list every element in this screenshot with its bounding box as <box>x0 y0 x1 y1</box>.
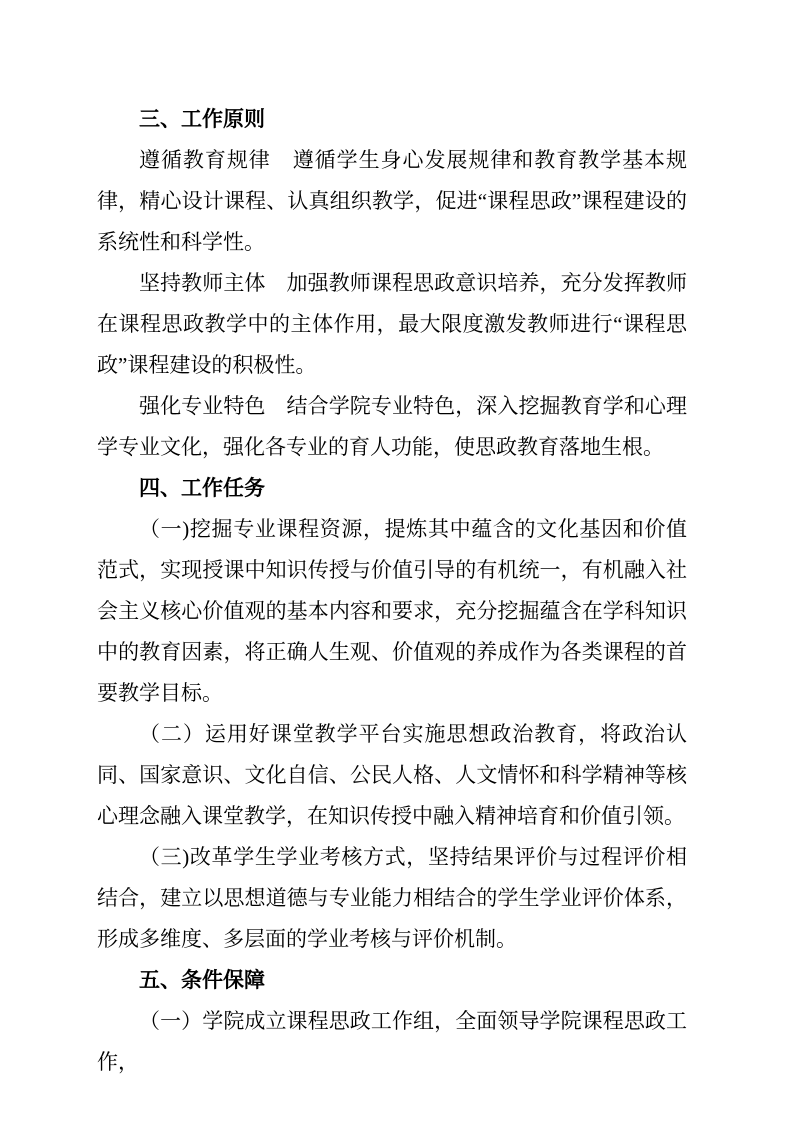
paragraph-strengthen-specialty-features: 强化专业特色 结合学院专业特色，深入挖掘教育学和心理学专业文化，强化各专业的育人… <box>97 386 687 468</box>
paragraph-follow-education-rules: 遵循教育规律 遵循学生身心发展规律和教育教学基本规律，精心设计课程、认真组织教学… <box>97 140 687 263</box>
paragraph-task-1-course-resources: （一)挖掘专业课程资源，提炼其中蕴含的文化基因和价值范式，实现授课中知识传授与价… <box>97 509 687 714</box>
document-page: 三、工作原则 遵循教育规律 遵循学生身心发展规律和教育教学基本规律，精心设计课程… <box>0 0 793 1122</box>
paragraph-teacher-main-role: 坚持教师主体 加强教师课程思政意识培养，充分发挥教师在课程思政教学中的主体作用，… <box>97 263 687 386</box>
heading-work-tasks: 四、工作任务 <box>97 468 687 509</box>
heading-work-principles: 三、工作原则 <box>97 99 687 140</box>
paragraph-task-2-classroom-platform: （二）运用好课堂教学平台实施思想政治教育，将政治认同、国家意识、文化自信、公民人… <box>97 714 687 837</box>
paragraph-task-3-assessment-reform: （三)改革学生学业考核方式，坚持结果评价与过程评价相结合，建立以思想道德与专业能… <box>97 837 687 960</box>
paragraph-guarantee-1-working-group: （一）学院成立课程思政工作组，全面领导学院课程思政工作， <box>97 1001 687 1083</box>
heading-condition-guarantee: 五、条件保障 <box>97 960 687 1001</box>
